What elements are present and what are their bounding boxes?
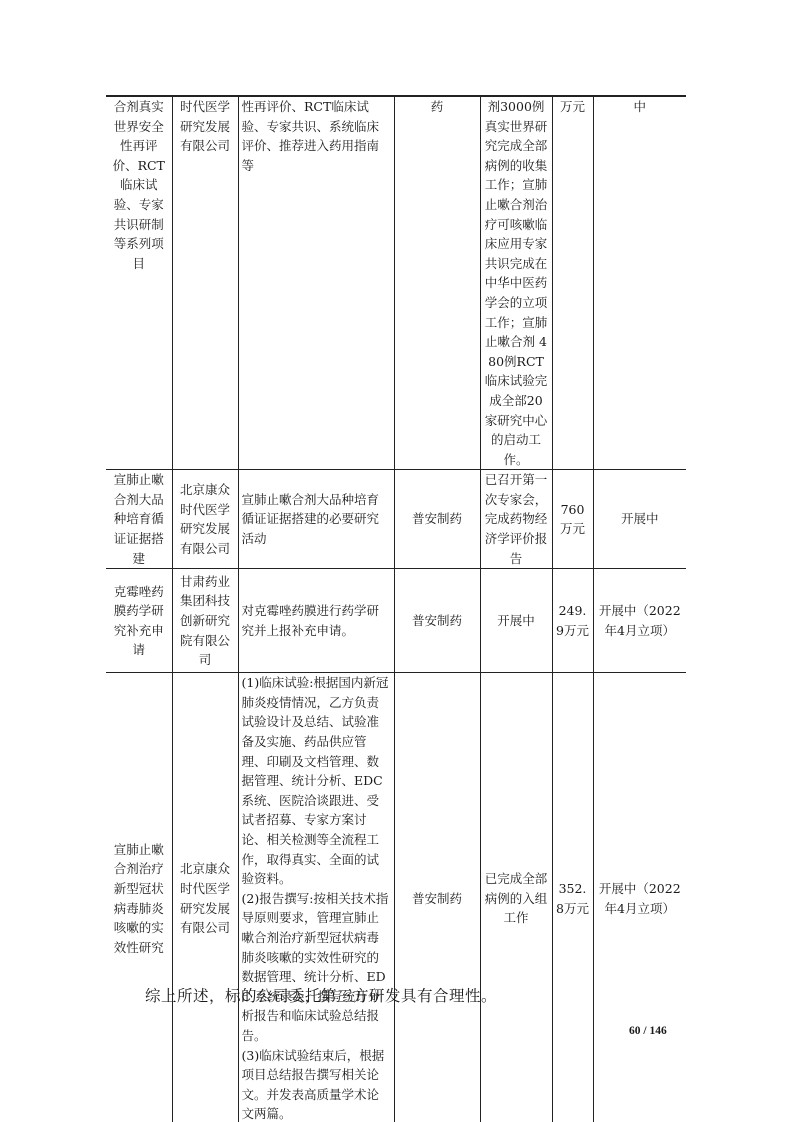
amount-cell: 249.9万元 xyxy=(552,569,593,673)
project-name-cell: 宣肺止嗽合剂大品种培育循证证据搭建 xyxy=(106,470,172,569)
content-part-2: (2)报告撰写:按相关技术指导原则要求，管理宣肺止嗽合剂治疗新型冠状病毒肺炎咳嗽… xyxy=(242,889,391,1046)
project-name-cell: 克霉唑药膜药学研究补充申请 xyxy=(106,569,172,673)
partner-cell: 北京康众时代医学研究发展有限公司 xyxy=(172,673,238,1122)
page-number: 60 / 146 xyxy=(629,1025,667,1037)
progress-cell: 剂3000例真实世界研究完成全部病例的收集工作；宣肺止嗽合剂治疗可咳嗽临床应用专… xyxy=(480,96,552,470)
partner-cell: 北京康众时代医学研究发展有限公司 xyxy=(172,470,238,569)
content-part-1: (1)临床试验:根据国内新冠肺炎疫情情况，乙方负责试验设计及总结、试验准备及实施… xyxy=(242,673,391,889)
status-cell: 开展中 xyxy=(593,470,686,569)
progress-cell: 开展中 xyxy=(480,569,552,673)
table-row: 宣肺止嗽合剂大品种培育循证证据搭建 北京康众时代医学研究发展有限公司 宣肺止嗽合… xyxy=(106,470,686,569)
entrusting-party-cell: 药 xyxy=(394,96,480,470)
content-cell: 性再评价、RCT临床试验、专家共识、系统临床评价、推荐进入药用指南等 xyxy=(238,96,394,470)
summary-paragraph: 综上所述，标的公司委托第三方研发具有合理性。 xyxy=(145,984,497,1006)
project-name-cell: 合剂真实世界安全性再评价、RCT临床试验、专家共识研制等系列项目 xyxy=(106,96,172,470)
project-name-cell: 宣肺止嗽合剂治疗新型冠状病毒肺炎咳嗽的实效性研究 xyxy=(106,673,172,1122)
entrusting-party-cell: 普安制药 xyxy=(394,673,480,1122)
content-cell: 对克霉唑药膜进行药学研究并上报补充申请。 xyxy=(238,569,394,673)
partner-cell: 时代医学研究发展有限公司 xyxy=(172,96,238,470)
entrusting-party-cell: 普安制药 xyxy=(394,470,480,569)
progress-cell: 已召开第一次专家会，完成药物经济学评价报告 xyxy=(480,470,552,569)
status-cell: 开展中（2022年4月立项） xyxy=(593,569,686,673)
status-cell: 中 xyxy=(593,96,686,470)
partner-cell: 甘肃药业集团科技创新研究院有限公司 xyxy=(172,569,238,673)
entrusting-party-cell: 普安制药 xyxy=(394,569,480,673)
amount-cell: 万元 xyxy=(552,96,593,470)
document-page: 合剂真实世界安全性再评价、RCT临床试验、专家共识研制等系列项目 时代医学研究发… xyxy=(0,0,793,1122)
content-cell: (1)临床试验:根据国内新冠肺炎疫情情况，乙方负责试验设计及总结、试验准备及实施… xyxy=(238,673,394,1122)
outsourced-rd-table: 合剂真实世界安全性再评价、RCT临床试验、专家共识研制等系列项目 时代医学研究发… xyxy=(106,95,686,1122)
table-row: 宣肺止嗽合剂治疗新型冠状病毒肺炎咳嗽的实效性研究 北京康众时代医学研究发展有限公… xyxy=(106,673,686,1122)
status-cell: 开展中（2022年4月立项） xyxy=(593,673,686,1122)
amount-cell: 760万元 xyxy=(552,470,593,569)
table-row: 克霉唑药膜药学研究补充申请 甘肃药业集团科技创新研究院有限公司 对克霉唑药膜进行… xyxy=(106,569,686,673)
content-cell: 宣肺止嗽合剂大品种培育循证证据搭建的必要研究活动 xyxy=(238,470,394,569)
content-part-3: (3)临床试验结束后，根据项目总结报告撰写相关论文。并发表高质量学术论文两篇。 xyxy=(242,1046,391,1122)
amount-cell: 352.8万元 xyxy=(552,673,593,1122)
progress-cell: 已完成全部病例的入组工作 xyxy=(480,673,552,1122)
table-row: 合剂真实世界安全性再评价、RCT临床试验、专家共识研制等系列项目 时代医学研究发… xyxy=(106,96,686,470)
